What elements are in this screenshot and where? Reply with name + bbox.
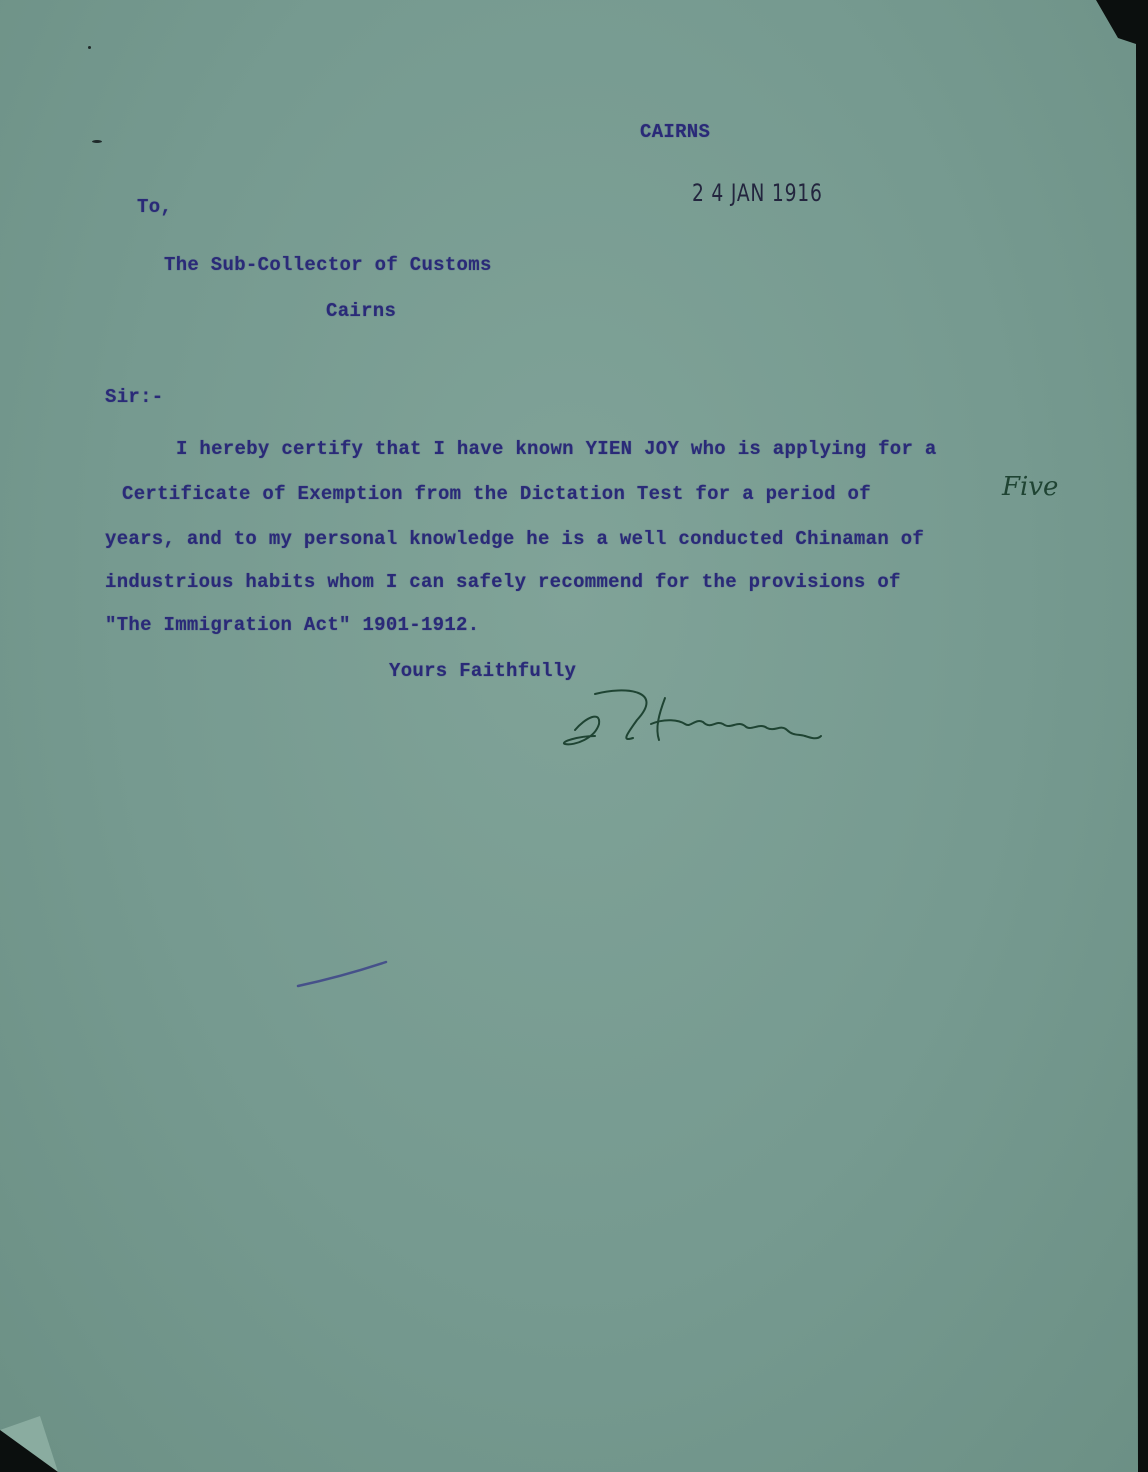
recipient-title: The Sub-Collector of Customs bbox=[164, 254, 492, 276]
body-line: "The Immigration Act" 1901-1912. bbox=[105, 614, 479, 636]
paper-speck bbox=[92, 140, 102, 143]
handwritten-period: Five bbox=[1002, 472, 1058, 502]
header-place: CAIRNS bbox=[640, 121, 710, 143]
body-line: Certificate of Exemption from the Dictat… bbox=[122, 483, 871, 505]
body-line: I hereby certify that I have known YIEN … bbox=[176, 438, 937, 460]
paper-speck bbox=[88, 46, 91, 49]
greeting: Sir:- bbox=[105, 386, 164, 408]
body-line: industrious habits whom I can safely rec… bbox=[105, 571, 901, 593]
body-line: years, and to my personal knowledge he i… bbox=[105, 528, 924, 550]
signature-icon bbox=[555, 680, 875, 760]
recipient-location: Cairns bbox=[326, 300, 396, 322]
stray-pen-mark bbox=[296, 960, 388, 990]
closing: Yours Faithfully bbox=[389, 660, 576, 682]
date-stamp: 2 4 JAN 1916 bbox=[692, 179, 823, 207]
salutation-to: To, bbox=[137, 196, 172, 218]
